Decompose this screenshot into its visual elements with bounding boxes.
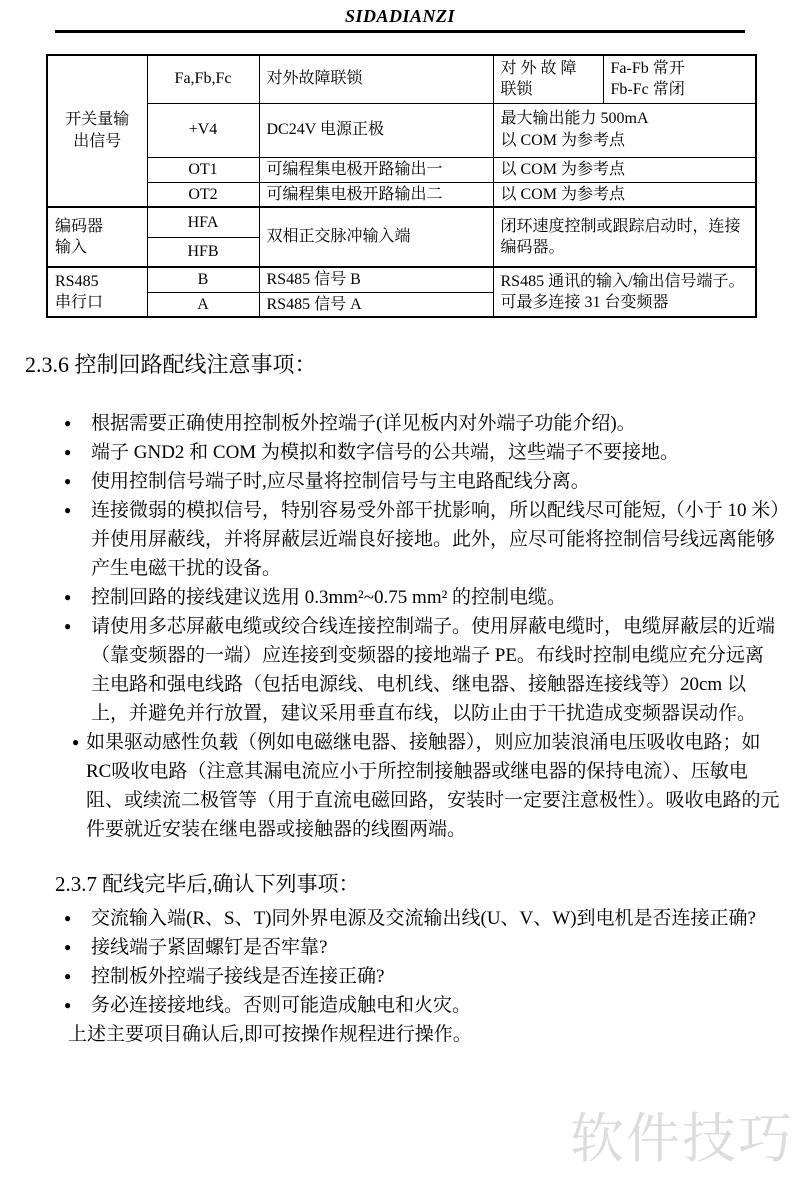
bullet-list-2-3-7: ● 交流输入端(R、S、T)同外界电源及交流输出线(U、V、W)到电机是否连接正… (0, 904, 800, 1020)
cell-note: RS485 通讯的输入/输出信号端子。可最多连接 31 台变频器 (493, 267, 756, 317)
bullet-icon: ● (64, 409, 91, 438)
bullet-icon: ● (64, 467, 91, 496)
bullet-item: ● 根据需要正确使用控制板外控端子(详见板内对外端子功能介绍)。 (64, 409, 780, 438)
table-row: +V4 DC24V 电源正极 最大输出能力 500mA 以 COM 为参考点 (47, 103, 756, 157)
cell-group-label: 编码器 输入 (47, 207, 147, 267)
bullet-text: 端子 GND2 和 COM 为模拟和数字信号的公共端，这些端子不要接地。 (91, 438, 780, 467)
bullet-item: ● 连接微弱的模拟信号，特别容易受外部干扰影响，所以配线尽可能短,（小于 10 … (64, 496, 780, 583)
bullet-item: ● 端子 GND2 和 COM 为模拟和数字信号的公共端，这些端子不要接地。 (64, 438, 780, 467)
bullet-icon: ● (64, 904, 91, 933)
page-title: SIDADIANZI (0, 6, 800, 27)
table-row: 开关量输 出信号 Fa,Fb,Fc 对外故障联锁 对 外 故 障 联锁 Fa-F… (47, 55, 756, 103)
watermark: 软件技巧 (570, 1096, 794, 1173)
document-page: SIDADIANZI 开关量输 出信号 Fa,Fb,Fc 对外故障联锁 对 外 … (0, 6, 800, 1049)
cell-note: Fa-Fb 常开 Fb-Fc 常闭 (603, 55, 756, 103)
title-rule (55, 30, 745, 33)
section-2-3-7-heading: 2.3.7 配线完毕后,确认下列事项： (55, 868, 800, 898)
bullet-icon: ● (72, 728, 86, 844)
cell-description: 可编程集电极开路输出二 (259, 182, 493, 207)
cell-note: 以 COM 为参考点 (493, 182, 756, 207)
cell-description: 可编程集电极开路输出一 (259, 157, 493, 182)
bullet-text: 控制回路的接线建议选用 0.3mm²~0.75 mm² 的控制电缆。 (91, 583, 780, 612)
bullet-item: ● 控制板外控端子接线是否连接正确? (64, 962, 780, 991)
bullet-item: ● 如果驱动感性负载（例如电磁继电器、接触器），则应加装浪涌电压吸收电路；如RC… (72, 728, 780, 844)
bullet-text: 请使用多芯屏蔽电缆或绞合线连接控制端子。使用屏蔽电缆时，电缆屏蔽层的近端（靠变频… (91, 612, 780, 728)
cell-description: DC24V 电源正极 (259, 103, 493, 157)
bullet-text: 务必连接接地线。否则可能造成触电和火灾。 (91, 991, 780, 1020)
bullet-icon: ● (64, 438, 91, 467)
cell-terminal: HFB (147, 237, 259, 267)
cell-terminal: OT1 (147, 157, 259, 182)
cell-description: RS485 信号 B (259, 267, 493, 292)
bullet-icon: ● (64, 612, 91, 728)
cell-description: 对外故障联锁 (259, 55, 493, 103)
cell-note: 对 外 故 障 联锁 (493, 55, 603, 103)
table-row: 编码器 输入 HFA 双相正交脉冲输入端 闭环速度控制或跟踪启动时，连接编码器。 (47, 207, 756, 237)
bullet-icon: ● (64, 583, 91, 612)
bullet-text: 使用控制信号端子时,应尽量将控制信号与主电路配线分离。 (91, 467, 780, 496)
cell-terminal: Fa,Fb,Fc (147, 55, 259, 103)
cell-note: 最大输出能力 500mA 以 COM 为参考点 (493, 103, 756, 157)
cell-terminal: A (147, 292, 259, 317)
cell-terminal: B (147, 267, 259, 292)
bullet-item: ● 控制回路的接线建议选用 0.3mm²~0.75 mm² 的控制电缆。 (64, 583, 780, 612)
bullet-text: 根据需要正确使用控制板外控端子(详见板内对外端子功能介绍)。 (91, 409, 780, 438)
bullet-item: ● 务必连接接地线。否则可能造成触电和火灾。 (64, 991, 780, 1020)
bullet-icon: ● (64, 991, 91, 1020)
cell-group-label: 开关量输 出信号 (47, 55, 147, 207)
cell-note: 以 COM 为参考点 (493, 157, 756, 182)
bullet-icon: ● (64, 496, 91, 583)
bullet-text: 接线端子紧固螺钉是否牢靠? (91, 933, 780, 962)
section-2-3-6-heading: 2.3.6 控制回路配线注意事项： (25, 348, 800, 379)
bullet-text: 如果驱动感性负载（例如电磁继电器、接触器），则应加装浪涌电压吸收电路；如RC吸收… (86, 728, 780, 844)
cell-description: 双相正交脉冲输入端 (259, 207, 493, 267)
bullet-icon: ● (64, 962, 91, 991)
closing-note: 上述主要项目确认后,即可按操作规程进行操作。 (68, 1020, 780, 1049)
cell-note: 闭环速度控制或跟踪启动时，连接编码器。 (493, 207, 756, 267)
bullet-list-2-3-6: ● 根据需要正确使用控制板外控端子(详见板内对外端子功能介绍)。 ● 端子 GN… (0, 409, 800, 844)
cell-terminal: HFA (147, 207, 259, 237)
cell-terminal: OT2 (147, 182, 259, 207)
terminal-table: 开关量输 出信号 Fa,Fb,Fc 对外故障联锁 对 外 故 障 联锁 Fa-F… (46, 54, 757, 318)
cell-terminal: +V4 (147, 103, 259, 157)
bullet-item: ● 接线端子紧固螺钉是否牢靠? (64, 933, 780, 962)
cell-description: RS485 信号 A (259, 292, 493, 317)
bullet-text: 交流输入端(R、S、T)同外界电源及交流输出线(U、V、W)到电机是否连接正确? (91, 904, 780, 933)
table-row: RS485 串行口 B RS485 信号 B RS485 通讯的输入/输出信号端… (47, 267, 756, 292)
table-row: OT2 可编程集电极开路输出二 以 COM 为参考点 (47, 182, 756, 207)
bullet-text: 控制板外控端子接线是否连接正确? (91, 962, 780, 991)
cell-group-label: RS485 串行口 (47, 267, 147, 317)
bullet-icon: ● (64, 933, 91, 962)
bullet-text: 连接微弱的模拟信号，特别容易受外部干扰影响，所以配线尽可能短,（小于 10 米）… (91, 496, 780, 583)
table-row: OT1 可编程集电极开路输出一 以 COM 为参考点 (47, 157, 756, 182)
bullet-item: ● 请使用多芯屏蔽电缆或绞合线连接控制端子。使用屏蔽电缆时，电缆屏蔽层的近端（靠… (64, 612, 780, 728)
bullet-item: ● 交流输入端(R、S、T)同外界电源及交流输出线(U、V、W)到电机是否连接正… (64, 904, 780, 933)
bullet-item: ● 使用控制信号端子时,应尽量将控制信号与主电路配线分离。 (64, 467, 780, 496)
